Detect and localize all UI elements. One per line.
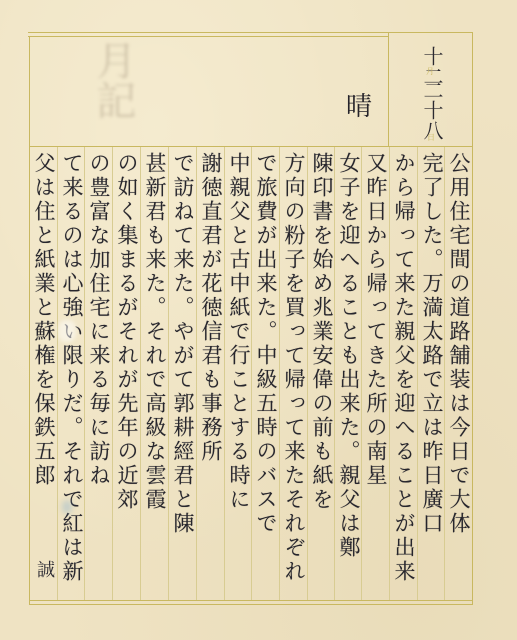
bottom-border-inner	[29, 600, 473, 601]
signature: 誠	[30, 560, 57, 578]
date-block: 十二 月 二十八 日	[400, 40, 460, 145]
weather-entry: 晴	[346, 86, 372, 123]
diary-page: 月記 十二 月 二十八 日 晴 公用住宅間の道路舗装は今日で大体 完了した。万満…	[0, 0, 517, 640]
header-date-divider	[388, 32, 389, 147]
header-left-border	[29, 36, 30, 147]
text-column: 父は住と紙業と蘇権を保鉄五郎	[30, 152, 57, 552]
text-column: の如く集まるがそれが先年の近郊	[113, 152, 140, 598]
text-column: で訪ねて来た。やがて郭耕經君と陳	[169, 152, 196, 598]
date-day-value: 二十八	[422, 80, 442, 140]
text-column: て来るのは心強い限りだ。それで紅は新	[58, 152, 85, 598]
text-column: 中親父と古中紙で行ことする時に	[225, 152, 252, 598]
header-right-border	[472, 32, 473, 147]
date-day-label: 日	[427, 132, 435, 143]
bottom-border-outer	[29, 604, 473, 605]
body-right-border	[472, 146, 473, 604]
paper-stain	[58, 320, 76, 342]
top-border-outer	[28, 32, 472, 33]
text-column: で旅費が出来た。中級五時のバスで	[252, 152, 279, 598]
text-column: 甚新君も来た。それで高級な雲霞	[141, 152, 168, 598]
date-month-label: 月	[426, 66, 434, 77]
ink-smudge	[62, 500, 72, 514]
text-column: 謝徳直君が花徳信君も事務所	[197, 152, 224, 598]
top-border-inner	[28, 36, 389, 37]
text-column: 陳印書を始め兆業安偉の前も紙を	[308, 152, 335, 598]
text-column: 公用住宅間の道路舗装は今日で大体	[445, 152, 472, 598]
text-column: 女子を迎へることも出来た。親父は鄭	[335, 152, 362, 598]
ink-bleed-mark: 月記	[72, 40, 142, 135]
text-column: 完了した。万満太路で立は昨日廣口	[418, 152, 445, 598]
text-column: 又昨日から帰ってきた所の南星	[362, 152, 389, 598]
text-column: から帰って来た親父を迎へることが出来た。	[390, 152, 417, 598]
text-column: の豊富な加住宅に来る毎に訪ね	[85, 152, 112, 598]
text-column: 方向の粉子を買って帰って来たそれぞれ	[280, 152, 307, 598]
